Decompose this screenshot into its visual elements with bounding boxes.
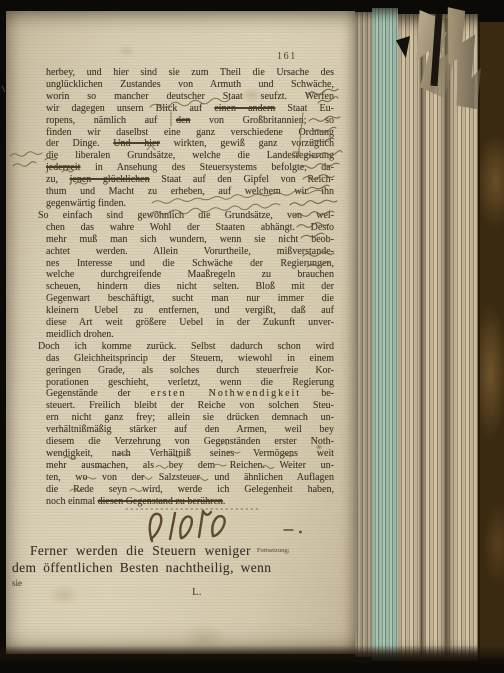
printed-text-line: verhältnißmäßig stärker auf den Armen, w… [46, 424, 334, 436]
printed-text: der Dinge. [46, 138, 113, 149]
printed-text: Staat Eu- [275, 103, 334, 114]
printed-text: diese Art weit größere Uebel in der Zuku… [46, 317, 334, 328]
printed-text: die liberalen Grundsätze, welche die Lan… [46, 150, 334, 161]
printed-text: von Großbritannien; so [190, 115, 334, 126]
printed-text-line: diesem die Verzehrung von Gegenständen e… [46, 436, 334, 448]
photographed-book-scan: 161 herbey, und hier sind sie zum Theil … [0, 0, 504, 673]
printed-text: chen das wahre Wohl der Staaten abhängt.… [46, 222, 334, 233]
printed-text: wirkten, gewiß ganz vorzüglich [160, 138, 334, 149]
printed-text: unglücklichen Zustandes von Armuth und S… [46, 79, 334, 90]
printed-text-line: Gegenstände der ersten Nothwendigkeit be… [46, 388, 334, 400]
printed-text: steuert. Freilich bleibt der Reiche von … [46, 400, 334, 411]
printed-text: gegenwärtig finden. [46, 198, 126, 209]
printed-text-line: jederzeit in Ansehung des Steuersystems … [46, 162, 334, 174]
printed-text-line: ten, wo von der Salzsteuer und ähnlichen… [46, 472, 334, 484]
printed-text: wir dagegen unsern Blick auf [46, 103, 214, 114]
printed-text-line: scheuen, hindern dies nicht selten. Bloß… [46, 281, 334, 293]
printed-text: scheuen, hindern dies nicht selten. Bloß… [46, 281, 334, 292]
addendum-line-3: sie [12, 578, 22, 588]
printed-text-line: geringen Grade, als solches durch steuer… [46, 365, 334, 377]
printed-text: . [223, 496, 226, 507]
struck-through-text: jenen glücklichen [70, 174, 150, 185]
printed-text-block: herbey, und hier sind sie zum Theil die … [46, 67, 334, 508]
book-page: 161 herbey, und hier sind sie zum Theil … [6, 11, 355, 654]
printed-text: noch einmal [46, 496, 98, 507]
struck-through-text: diesen Gegenstand zu berühren [98, 496, 223, 507]
printed-text: kleinern Uebel zu entfernen, und vergißt… [46, 305, 334, 316]
printed-text-line: das Gleichheitsprincip der Steuern, wiew… [46, 353, 334, 365]
printed-text: Doch ich komme zurück. Selbst dadurch sc… [38, 341, 334, 352]
printed-text-line: herbey, und hier sind sie zum Theil die … [46, 67, 334, 79]
page-edges-teal-band [372, 8, 398, 661]
printed-text: diesem die Verzehrung von Gegenständen e… [46, 436, 334, 447]
printed-text: mehr ausmachen, als bey dem Reichen. Wei… [46, 460, 334, 471]
printed-text-line: wendigkeit, nach Verhältniß seines Vermö… [46, 448, 334, 460]
printed-text-line: achtet werden. Allein Vorurtheile, mißve… [46, 246, 334, 258]
printed-text: die Rede seyn wird, werde ich Gelegenhei… [46, 484, 334, 495]
printed-text-line: meidlich drohen. [46, 329, 334, 341]
printed-text-line: So einfach sind gewöhnlich die Grundsätz… [38, 210, 334, 222]
printed-text-line: thum und Macht zu erheben, auf welchem w… [46, 186, 334, 198]
printed-text-line: finden wir daselbst eine ganz verschiede… [46, 127, 334, 139]
printed-text: ten, wo von der Salzsteuer und ähnlichen… [46, 472, 334, 483]
printed-text: meidlich drohen. [46, 329, 114, 340]
printed-text: nes Interesse und die Schwäche der Regie… [46, 258, 334, 269]
printed-text: welche durchgreifende Maaßregeln zu brau… [46, 269, 334, 280]
printed-text-line: gegenwärtig finden. [46, 198, 334, 210]
page-edges-groove [441, 18, 453, 659]
struck-through-text: einen andern [214, 103, 275, 114]
printed-text-line: wir dagegen unsern Blick auf einen ander… [46, 103, 334, 115]
page-edges-inner-band [355, 12, 372, 657]
printed-text-line: ern nicht ganz frey; allein sie drücken … [46, 412, 334, 424]
printed-text: in Ansehung des Steuersystems befolgte, … [80, 162, 334, 173]
printed-text: ropens, nämlich auf [46, 115, 176, 126]
book-fore-edge [355, 0, 504, 673]
printed-margin-note: Fortsetzung; [257, 547, 290, 554]
printed-text-line: nes Interesse und die Schwäche der Regie… [46, 258, 334, 270]
book-cover-edge [478, 22, 504, 659]
printed-text-line: ropens, nämlich auf den von Großbritanni… [46, 115, 334, 127]
printed-text: mehr muß man sich wundern, wenn sie nich… [46, 234, 334, 245]
printed-text: ern nicht ganz frey; allein sie drücken … [46, 412, 334, 423]
printed-text: herbey, und hier sind sie zum Theil die … [46, 67, 334, 78]
film-edge-tick [2, 86, 5, 92]
printed-text-line: Doch ich komme zurück. Selbst dadurch sc… [38, 341, 334, 353]
printed-text-line: chen das wahre Wohl der Staaten abhängt.… [46, 222, 334, 234]
printed-text: So einfach sind gewöhnlich die Grundsätz… [38, 210, 334, 221]
printed-text: das Gleichheitsprincip der Steuern, wiew… [46, 353, 334, 364]
printed-text: finden wir daselbst eine ganz verschiede… [46, 127, 334, 138]
printed-text: wendigkeit, nach Verhältniß seines Vermö… [46, 448, 334, 459]
printed-text-line: steuert. Freilich bleibt der Reiche von … [46, 400, 334, 412]
printed-text: Gegenwart beschäftigt, sucht man nur imm… [46, 293, 334, 304]
printed-text-line: zu, jenen glücklichen Staat auf den Gipf… [46, 174, 334, 186]
printed-text-line: mehr ausmachen, als bey dem Reichen. Wei… [46, 460, 334, 472]
printed-text-line: kleinern Uebel zu entfernen, und vergißt… [46, 305, 334, 317]
printed-text: achtet werden. Allein Vorurtheile, mißve… [46, 246, 334, 257]
struck-through-text: Und hier [113, 138, 160, 149]
printed-text: zu, [46, 174, 70, 185]
signature-mark: L. [192, 586, 201, 598]
printed-text-line: unglücklichen Zustandes von Armuth und S… [46, 79, 334, 91]
printed-text: Gegenstände der [46, 388, 151, 399]
printed-text: geringen Grade, als solches durch steuer… [46, 365, 334, 376]
printed-text-line: worin so mancher deutscher Staat seufzt.… [46, 91, 334, 103]
printed-text: Staat auf den Gipfel von Reich- [150, 174, 334, 185]
cover-marbling [480, 22, 504, 659]
printed-text: verhältnißmäßig stärker auf den Armen, w… [46, 424, 334, 435]
printed-text-line: die liberalen Grundsätze, welche die Lan… [46, 150, 334, 162]
printed-text-line: welche durchgreifende Maaßregeln zu brau… [46, 269, 334, 281]
printed-text-line: Gegenwart beschäftigt, sucht man nur imm… [46, 293, 334, 305]
printed-text-line: noch einmal diesen Gegenstand zu berühre… [46, 496, 334, 508]
addendum-line-2: dem öffentlichen Besten nachtheilig, wen… [12, 560, 271, 576]
printed-text: thum und Macht zu erheben, auf welchem w… [46, 186, 334, 197]
printed-text-line: diese Art weit größere Uebel in der Zuku… [46, 317, 334, 329]
page-edges-groove [418, 20, 426, 657]
printed-text-line: mehr muß man sich wundern, wenn sie nich… [46, 234, 334, 246]
printed-text: ersten Nothwendigkeit [151, 388, 301, 399]
printed-text-line: porationen geschieht, verletzt, wenn die… [46, 377, 334, 389]
printed-text: porationen geschieht, verletzt, wenn die… [46, 377, 334, 388]
printed-text: worin so mancher deutscher Staat seufzt.… [46, 91, 334, 102]
printed-text-line: die Rede seyn wird, werde ich Gelegenhei… [46, 484, 334, 496]
printed-text-line: der Dinge. Und hier wirkten, gewiß ganz … [46, 138, 334, 150]
page-edges-tan-band [398, 14, 478, 661]
struck-through-text: jederzeit [46, 162, 80, 173]
page-number: 161 [277, 51, 297, 62]
addendum-line-1-text: Ferner werden die Steuern weniger [30, 543, 251, 558]
struck-through-text: den [176, 115, 190, 126]
addendum-line-1: Ferner werden die Steuern wenigerFortset… [30, 543, 289, 559]
printed-text: be- [301, 388, 334, 399]
